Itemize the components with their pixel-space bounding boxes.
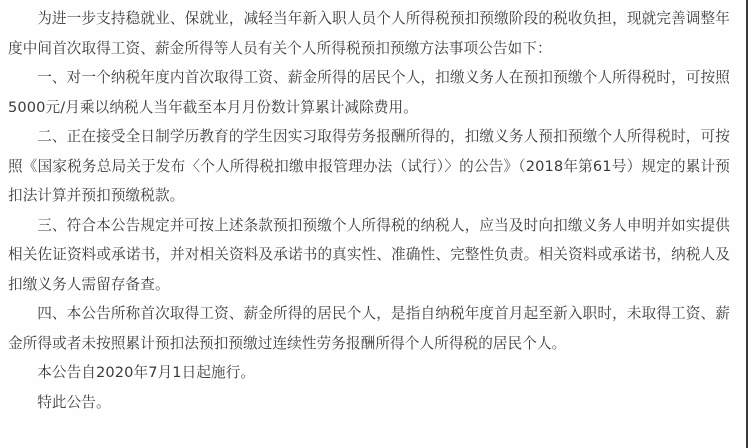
document-body: 为进一步支持稳就业、保就业，减轻当年新入职人员个人所得税预扣预缴阶段的税收负担，… bbox=[8, 4, 730, 417]
paragraph-item-1: 一、对一个纳税年度内首次取得工资、薪金所得的居民个人，扣缴义务人在预扣预缴个人所… bbox=[8, 63, 730, 122]
document-page: 为进一步支持稳就业、保就业，减轻当年新入职人员个人所得税预扣预缴阶段的税收负担，… bbox=[0, 0, 748, 448]
paragraph-item-3: 三、符合本公告规定并可按上述条款预扣预缴个人所得税的纳税人，应当及时向扣缴义务人… bbox=[8, 211, 730, 300]
paragraph-item-4: 四、本公告所称首次取得工资、薪金所得的居民个人，是指自纳税年度首月起至新入职时，… bbox=[8, 299, 730, 358]
paragraph-effective-date: 本公告自2020年7月1日起施行。 bbox=[8, 358, 730, 388]
paragraph-item-2: 二、正在接受全日制学历教育的学生因实习取得劳务报酬所得的，扣缴义务人预扣预缴个人… bbox=[8, 122, 730, 211]
paragraph-closing: 特此公告。 bbox=[8, 388, 730, 418]
paragraph-intro: 为进一步支持稳就业、保就业，减轻当年新入职人员个人所得税预扣预缴阶段的税收负担，… bbox=[8, 4, 730, 63]
